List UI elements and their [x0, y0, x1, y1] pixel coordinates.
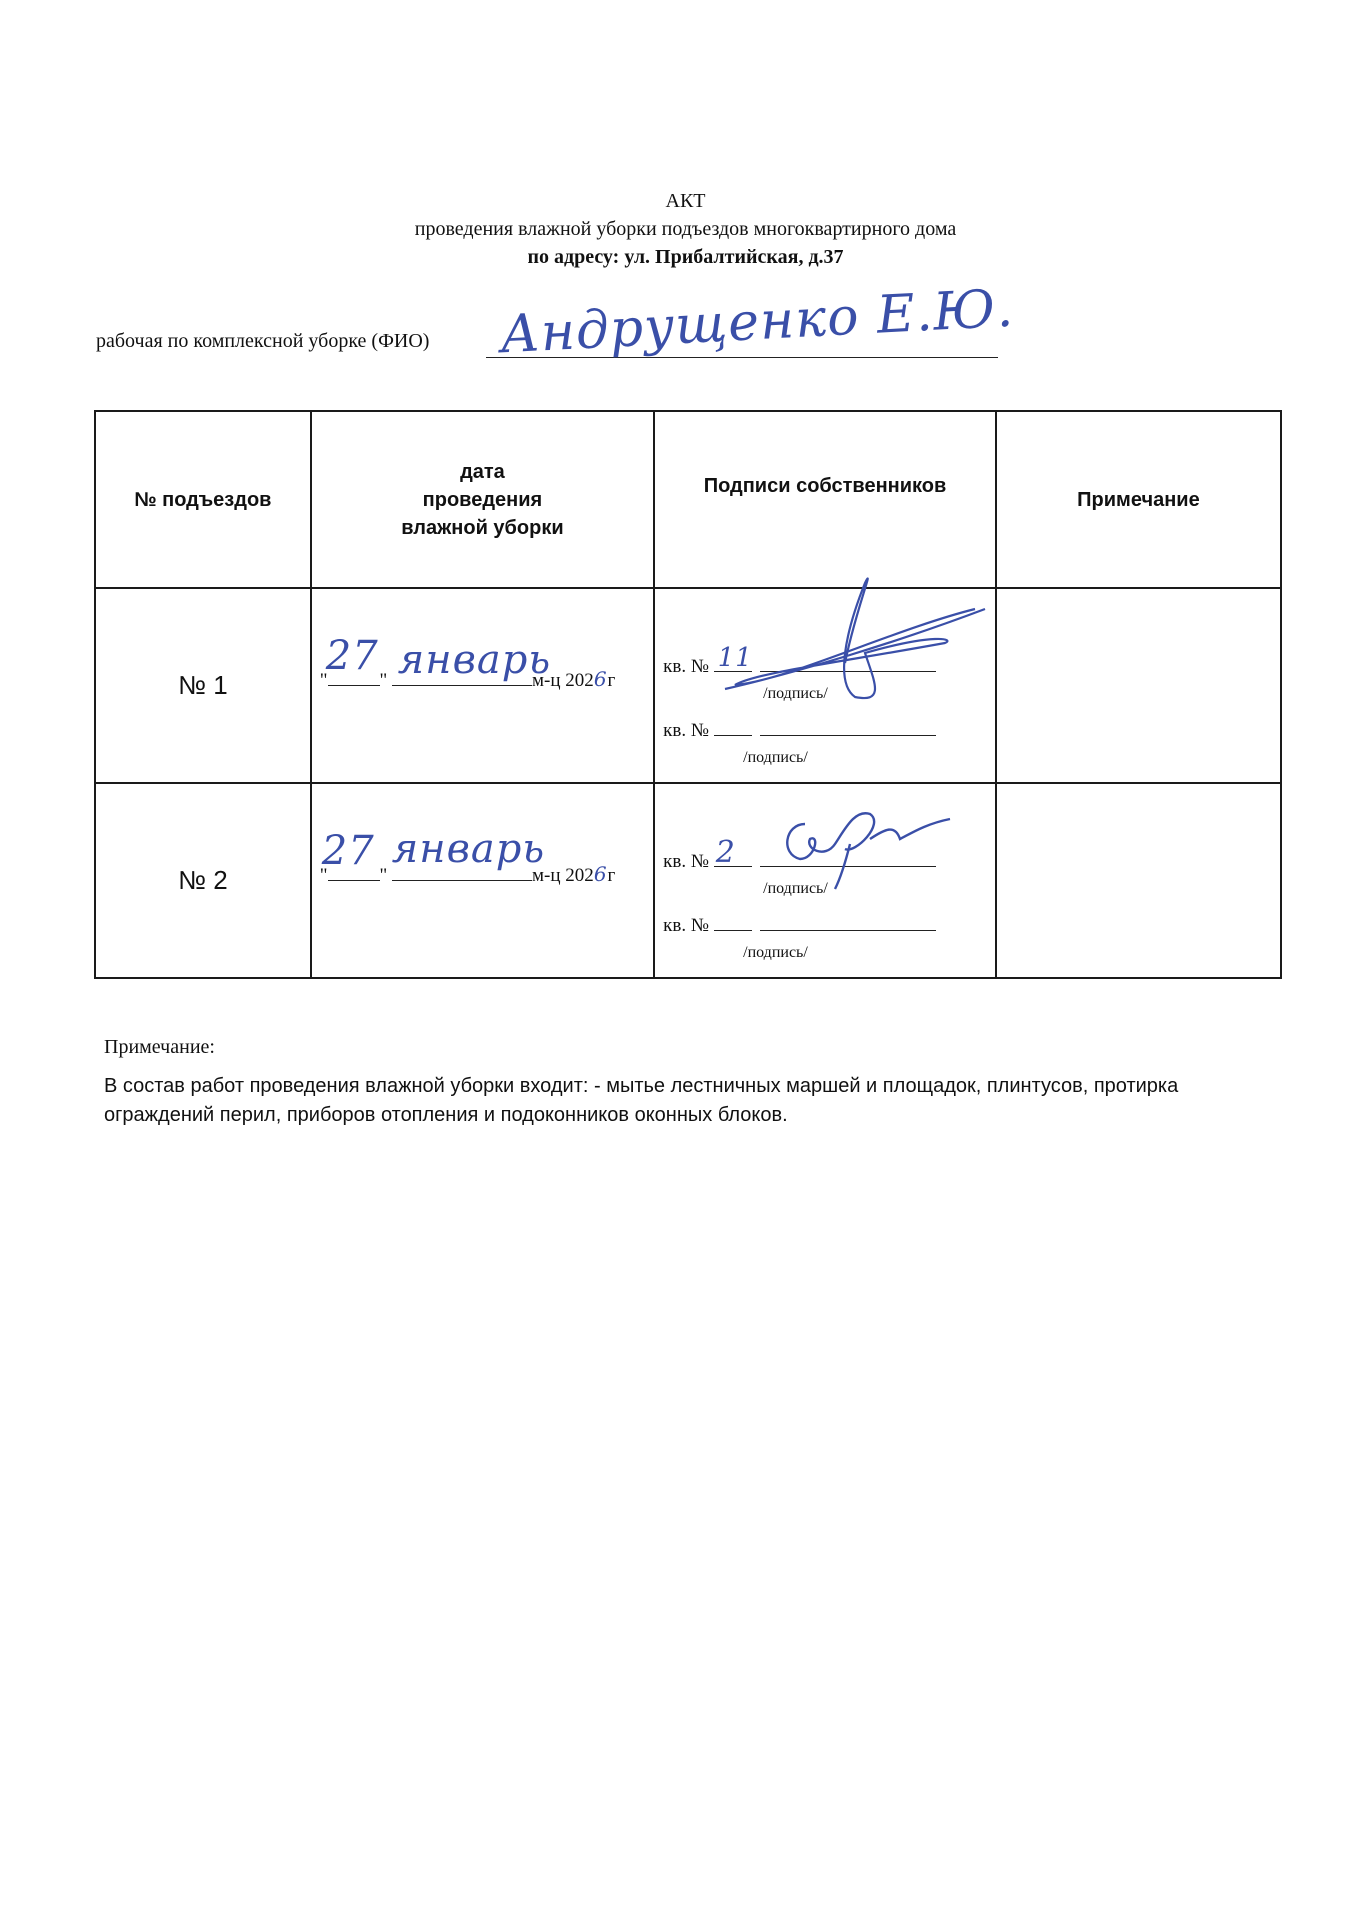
owner-signature-icon: [715, 573, 995, 713]
apartment-signature-line: кв. №: [663, 717, 936, 742]
handwritten-month: январь: [398, 637, 551, 683]
footer-note-text: В состав работ проведения влажной уборки…: [104, 1072, 1284, 1130]
cleaning-act-table: № подъездов дата проведения влажной убор…: [94, 410, 1282, 979]
entrance-number: № 1: [95, 588, 311, 783]
table-header-row: № подъездов дата проведения влажной убор…: [95, 411, 1281, 588]
fio-label: рабочая по комплексной уборке (ФИО): [96, 330, 429, 353]
row-note: [996, 588, 1281, 783]
cleaning-date: "" м-ц 2026г 27 январь: [311, 588, 654, 783]
handwritten-day: 27: [326, 633, 379, 679]
handwritten-day: 27: [322, 828, 375, 874]
owner-signatures: кв. № 2 /подпись/ кв. № /подпись/: [654, 783, 996, 978]
apartment-signature-line: кв. №: [663, 912, 936, 937]
document-address: по адресу: ул. Прибалтийская, д.37: [0, 246, 1371, 269]
handwritten-month: январь: [392, 826, 545, 872]
document-title: АКТ: [0, 190, 1371, 213]
cleaning-date: "" м-ц 2026г 27 январь: [311, 783, 654, 978]
header-date: дата проведения влажной уборки: [311, 411, 654, 588]
owner-signature-icon: [775, 804, 975, 894]
owner-signatures: кв. № 11 /подпись/ кв. № /подпись/: [654, 588, 996, 783]
fio-handwritten: Андрущенко Е.Ю.: [499, 279, 1016, 366]
footer-note-label: Примечание:: [104, 1036, 215, 1059]
entrance-number: № 2: [95, 783, 311, 978]
apartment-number: 2: [716, 835, 736, 870]
document-subtitle: проведения влажной уборки подъездов мног…: [0, 218, 1371, 241]
header-entrance: № подъездов: [95, 411, 311, 588]
row-note: [996, 783, 1281, 978]
header-owner-signatures: Подписи собственников: [654, 411, 996, 588]
header-note: Примечание: [996, 411, 1281, 588]
table-row: № 2 "" м-ц 2026г 27 январь кв. № 2 /подп…: [95, 783, 1281, 978]
table-row: № 1 "" м-ц 2026г 27 январь кв. № 11 /под…: [95, 588, 1281, 783]
